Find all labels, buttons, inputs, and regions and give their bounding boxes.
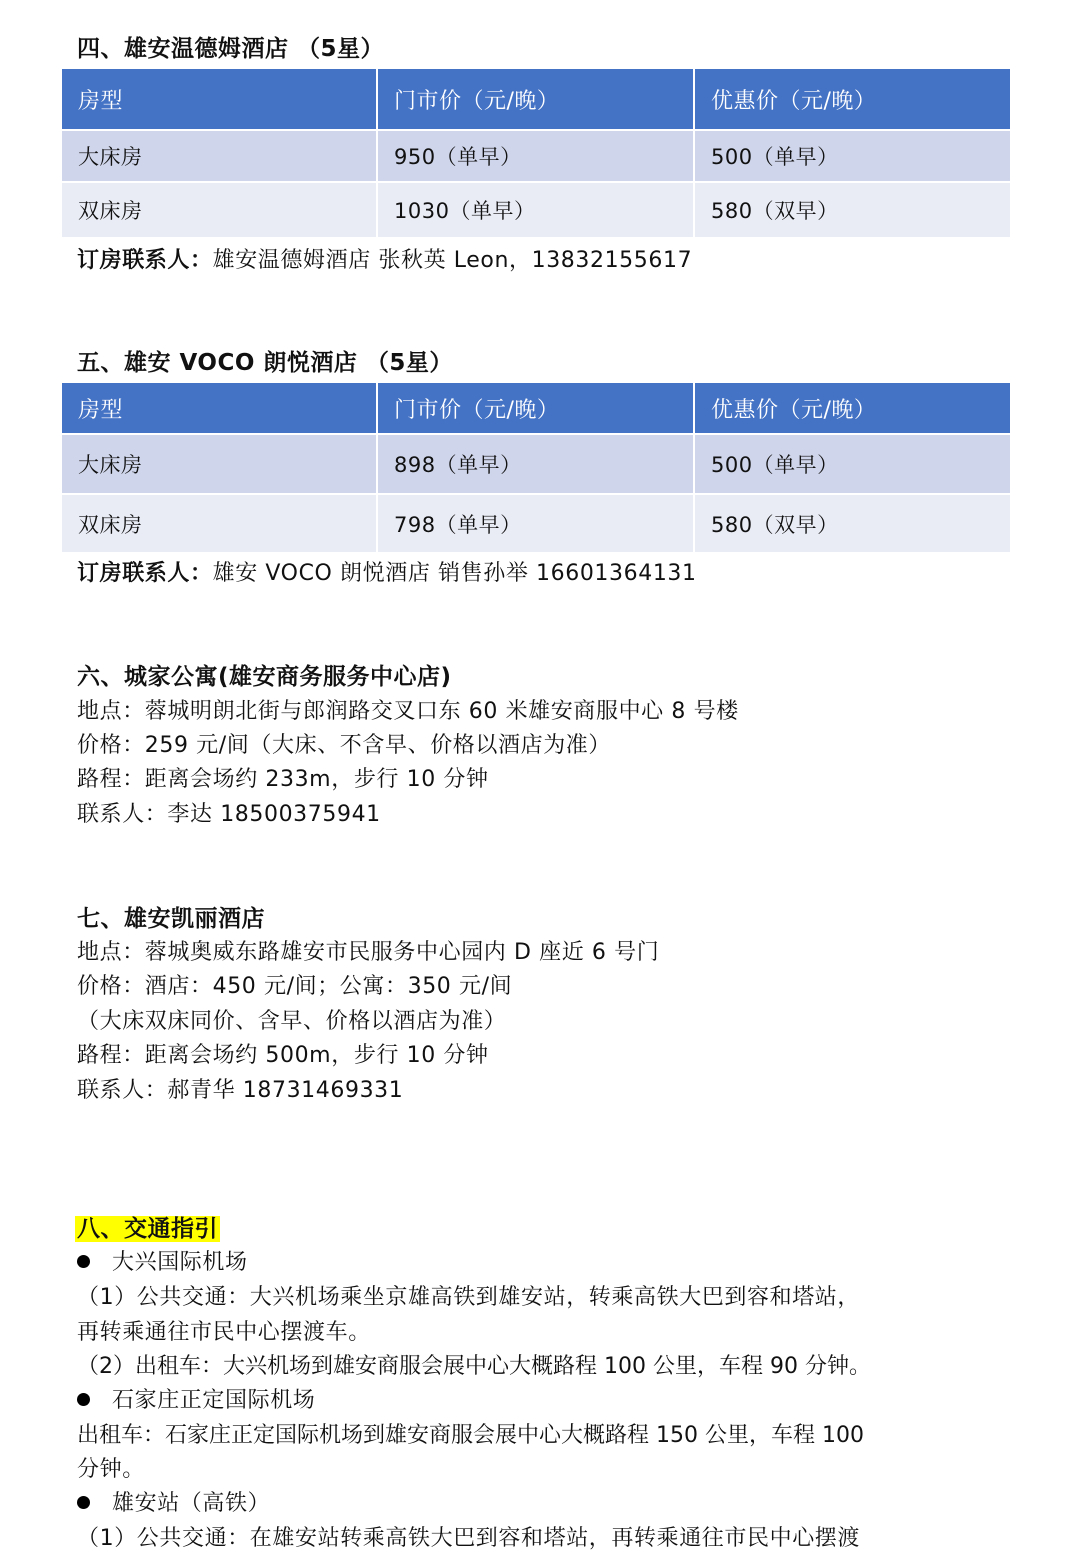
transport-line: 出租车：石家庄正定国际机场到雄安商服会展中心大概路程 150 公里，车程 100: [77, 1421, 864, 1451]
table-cell: 双床房: [61, 494, 377, 553]
table-cell: 898（单早）: [377, 434, 694, 494]
contact-label: 订房联系人：: [77, 248, 213, 273]
price-line: 价格：259 元/间（大床、不含早、价格以酒店为准）: [77, 731, 611, 761]
column-header: 优惠价（元/晚）: [694, 68, 1011, 130]
transport-line: （2）出租车：大兴机场到雄安商服会展中心大概路程 100 公里，车程 90 分钟…: [77, 1352, 871, 1382]
section-heading-wyndham: 四、雄安温德姆酒店 （5星）: [77, 34, 384, 64]
bullet-item-zhengding: 石家庄正定国际机场: [77, 1386, 315, 1416]
contact-value: 雄安 VOCO 朗悦酒店 销售孙举 16601364131: [213, 561, 697, 586]
transport-line: （1）公共交通：在雄安站转乘高铁大巴到容和塔站，再转乘通往市民中心摆渡: [77, 1524, 860, 1554]
table-cell: 大床房: [61, 130, 377, 182]
table-row: 双床房 798（单早） 580（双早）: [61, 494, 1011, 553]
table-cell: 580（双早）: [694, 494, 1011, 553]
bullet-item-xiongan-station: 雄安站（高铁）: [77, 1489, 270, 1519]
price-table-wyndham: 房型 门市价（元/晚） 优惠价（元/晚） 大床房 950（单早） 500（单早）…: [60, 67, 1012, 239]
table-cell: 798（单早）: [377, 494, 694, 553]
transport-line: 再转乘通往市民中心摆渡车。: [77, 1318, 371, 1348]
table-cell: 1030（单早）: [377, 182, 694, 238]
document-page: 四、雄安温德姆酒店 （5星） 房型 门市价（元/晚） 优惠价（元/晚） 大床房 …: [0, 0, 1080, 1561]
table-header-row: 房型 门市价（元/晚） 优惠价（元/晚）: [61, 382, 1011, 434]
bullet-icon: [77, 1393, 90, 1406]
bullet-label: 石家庄正定国际机场: [112, 1388, 315, 1413]
table-row: 大床房 898（单早） 500（单早）: [61, 434, 1011, 494]
distance-line: 路程：距离会场约 500m，步行 10 分钟: [77, 1041, 489, 1071]
table-row: 大床房 950（单早） 500（单早）: [61, 130, 1011, 182]
table-cell: 580（双早）: [694, 182, 1011, 238]
transport-line: 分钟。: [77, 1455, 145, 1485]
column-header: 房型: [61, 382, 377, 434]
contact-label: 订房联系人：: [77, 561, 213, 586]
distance-line: 路程：距离会场约 233m，步行 10 分钟: [77, 765, 489, 795]
bullet-item-daxing: 大兴国际机场: [77, 1248, 248, 1278]
highlighted-heading: 八、交通指引: [75, 1216, 220, 1242]
column-header: 门市价（元/晚）: [377, 382, 694, 434]
bullet-label: 大兴国际机场: [112, 1250, 248, 1275]
column-header: 优惠价（元/晚）: [694, 382, 1011, 434]
contact-value: 雄安温德姆酒店 张秋英 Leon，13832155617: [213, 248, 693, 273]
booking-contact-wyndham: 订房联系人：雄安温德姆酒店 张秋英 Leon，13832155617: [77, 246, 692, 276]
table-cell: 950（单早）: [377, 130, 694, 182]
address-line: 地点：蓉城明朗北街与郎润路交叉口东 60 米雄安商服中心 8 号楼: [77, 697, 739, 727]
section-heading-transport: 八、交通指引: [75, 1214, 220, 1244]
column-header: 房型: [61, 68, 377, 130]
bullet-label: 雄安站（高铁）: [112, 1491, 270, 1516]
table-header-row: 房型 门市价（元/晚） 优惠价（元/晚）: [61, 68, 1011, 130]
column-header: 门市价（元/晚）: [377, 68, 694, 130]
table-row: 双床房 1030（单早） 580（双早）: [61, 182, 1011, 238]
section-heading-chengjia: 六、城家公寓(雄安商务服务中心店): [77, 662, 452, 692]
contact-line: 联系人：李达 18500375941: [77, 800, 381, 830]
address-line: 地点：蓉城奥威东路雄安市民服务中心园内 D 座近 6 号门: [77, 938, 659, 968]
transport-line: （1）公共交通：大兴机场乘坐京雄高铁到雄安站，转乘高铁大巴到容和塔站，: [77, 1283, 860, 1313]
price-note-line: （大床双床同价、含早、价格以酒店为准）: [77, 1007, 506, 1037]
price-line: 价格：酒店：450 元/间；公寓：350 元/间: [77, 972, 512, 1002]
bullet-icon: [77, 1496, 90, 1509]
bullet-icon: [77, 1255, 90, 1268]
section-heading-kaili: 七、雄安凯丽酒店: [77, 904, 265, 934]
table-cell: 500（单早）: [694, 130, 1011, 182]
booking-contact-voco: 订房联系人：雄安 VOCO 朗悦酒店 销售孙举 16601364131: [77, 559, 697, 589]
price-table-voco: 房型 门市价（元/晚） 优惠价（元/晚） 大床房 898（单早） 500（单早）…: [60, 381, 1012, 554]
contact-line: 联系人：郝青华 18731469331: [77, 1076, 403, 1106]
table-cell: 500（单早）: [694, 434, 1011, 494]
section-heading-voco: 五、雄安 VOCO 朗悦酒店 （5星）: [77, 348, 453, 378]
table-cell: 大床房: [61, 434, 377, 494]
table-cell: 双床房: [61, 182, 377, 238]
